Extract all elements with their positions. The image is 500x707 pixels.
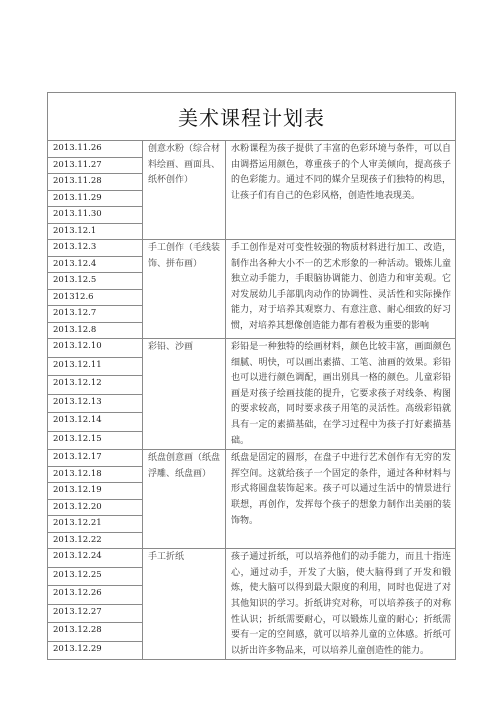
date-cell: 2013.12.29 bbox=[48, 641, 143, 660]
date-cell: 2013.12.11 bbox=[48, 357, 143, 376]
table-row: 2013.11.26创意水粉（综合材料绘画、画面具、纸杯创作）水粉课程为孩子提供… bbox=[48, 141, 456, 158]
date-cell: 2013.12.27 bbox=[48, 604, 143, 623]
date-cell: 2013.12.5 bbox=[48, 273, 143, 290]
date-cell: 2013.12.26 bbox=[48, 586, 143, 605]
date-cell: 2013.12.13 bbox=[48, 394, 143, 413]
date-cell: 2013.12.22 bbox=[48, 532, 143, 549]
course-name-cell: 创意水粉（综合材料绘画、画面具、纸杯创作） bbox=[143, 141, 226, 240]
course-plan-table: 美术课程计划表 2013.11.26创意水粉（综合材料绘画、画面具、纸杯创作）水… bbox=[47, 92, 456, 660]
course-name-cell: 纸盘创意画（纸盘浮雕、纸盘画） bbox=[143, 450, 226, 549]
title-row: 美术课程计划表 bbox=[48, 93, 456, 141]
course-name-cell: 彩铅、沙画 bbox=[143, 339, 226, 450]
date-cell: 2013.12.4 bbox=[48, 256, 143, 273]
date-cell: 2013.11.26 bbox=[48, 141, 143, 158]
date-cell: 2013.12.20 bbox=[48, 499, 143, 516]
date-cell: 2013.12.10 bbox=[48, 339, 143, 358]
date-cell: 2013.11.30 bbox=[48, 207, 143, 224]
date-cell: 2013.12.14 bbox=[48, 413, 143, 432]
table-row: 2013.12.10彩铅、沙画彩铅是一种独特的绘画材料，颜色比较丰富，画面颜色细… bbox=[48, 339, 456, 358]
course-description-cell: 彩铅是一种独特的绘画材料，颜色比较丰富，画面颜色细腻、明快，可以画出素描、工笔、… bbox=[226, 339, 456, 450]
date-cell: 2013.12.18 bbox=[48, 466, 143, 483]
date-cell: 2013.12.7 bbox=[48, 306, 143, 323]
course-description-cell: 孩子通过折纸，可以培养他们的动手能力，而且十指连心，通过动手，开发了大脑，使大脑… bbox=[226, 549, 456, 660]
date-cell: 2013.12.15 bbox=[48, 431, 143, 450]
date-cell: 2013.12.3 bbox=[48, 240, 143, 257]
date-cell: 2013.12.28 bbox=[48, 623, 143, 642]
date-cell: 2013.12.19 bbox=[48, 483, 143, 500]
course-name-cell: 手工折纸 bbox=[143, 549, 226, 660]
date-cell: 2013.12.17 bbox=[48, 450, 143, 467]
date-cell: 2013.12.25 bbox=[48, 567, 143, 586]
table-row: 2013.12.3手工创作（毛线装饰、拼布画）手工创作是对可变性较强的物质材料进… bbox=[48, 240, 456, 257]
date-cell: 2013.12.8 bbox=[48, 322, 143, 339]
date-cell: 2013.12.1 bbox=[48, 223, 143, 240]
date-cell: 2013.11.28 bbox=[48, 174, 143, 191]
page-title: 美术课程计划表 bbox=[48, 93, 456, 141]
table-row: 2013.12.24手工折纸孩子通过折纸，可以培养他们的动手能力，而且十指连心，… bbox=[48, 549, 456, 568]
course-name-cell: 手工创作（毛线装饰、拼布画） bbox=[143, 240, 226, 339]
course-description-cell: 纸盘是固定的圆形，在盘子中进行艺术创作有无穷的发挥空间。这就给孩子一个固定的条件… bbox=[226, 450, 456, 549]
date-cell: 2013.12.21 bbox=[48, 516, 143, 533]
date-cell: 2013.12.12 bbox=[48, 376, 143, 395]
date-cell: 2013.12.24 bbox=[48, 549, 143, 568]
date-cell: 201312.6 bbox=[48, 289, 143, 306]
table-row: 2013.12.17纸盘创意画（纸盘浮雕、纸盘画）纸盘是固定的圆形，在盘子中进行… bbox=[48, 450, 456, 467]
course-description-cell: 水粉课程为孩子提供了丰富的色彩环境与条件，可以自由调搭运用颜色，尊重孩子的个人审… bbox=[226, 141, 456, 240]
course-description-cell: 手工创作是对可变性较强的物质材料进行加工、改造，制作出各种大小不一的艺术形象的一… bbox=[226, 240, 456, 339]
date-cell: 2013.11.29 bbox=[48, 190, 143, 207]
date-cell: 2013.11.27 bbox=[48, 157, 143, 174]
